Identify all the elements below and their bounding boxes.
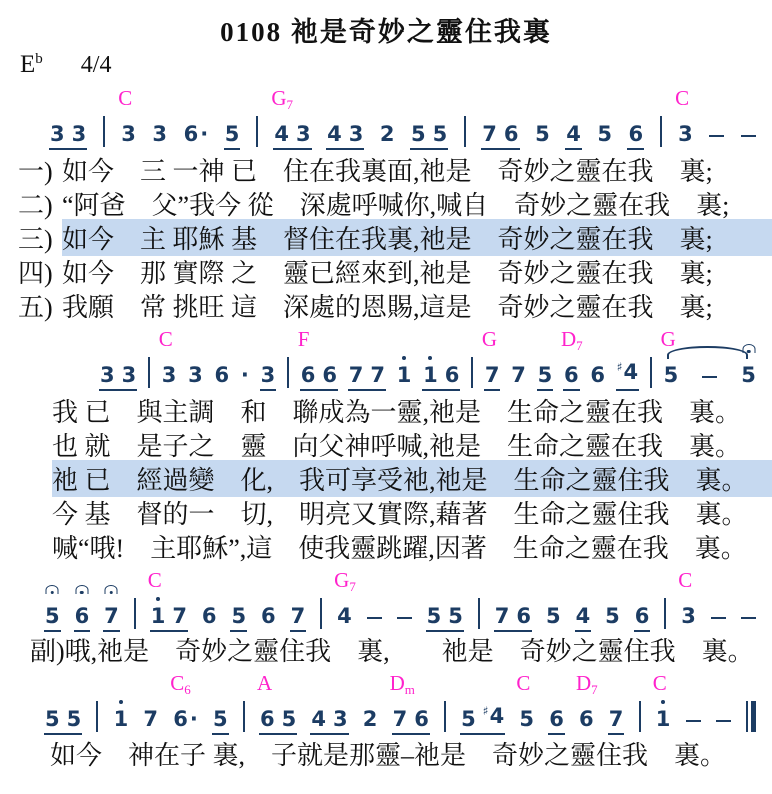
note-unit: 6 <box>75 601 90 629</box>
barline <box>444 701 446 732</box>
note-unit: 3C <box>678 119 693 147</box>
hymn-sheet: 0108 祂是奇妙之靈住我裏 Eb4/4 333C36·543G74325576… <box>0 0 772 794</box>
octave-dot <box>402 356 406 360</box>
note-digit: 6· <box>173 706 198 732</box>
sharp-icon: ♯ <box>483 704 489 718</box>
note-unit: 4 <box>566 119 581 147</box>
chord-label: G7 <box>334 568 356 595</box>
key-note: E <box>20 51 35 78</box>
note-unit: 5 <box>546 601 561 629</box>
note-unit: 6 <box>549 704 564 732</box>
note-unit: 3C <box>162 360 177 388</box>
note-unit: 1C <box>656 704 671 732</box>
chord-label: C <box>678 568 692 593</box>
note-digit: 6 <box>261 603 276 629</box>
note-digit: 2 <box>380 121 395 147</box>
verse-text: 今 基 督的一 切, 明亮又實際,藉著 生命之靈住我 裏。 <box>52 494 772 531</box>
note-digit: 6 <box>301 362 316 388</box>
chord-label: C <box>675 86 689 111</box>
note-unit: 16 <box>423 360 459 388</box>
verse-text-highlighted: 祂 已 經過變 化, 我可享受祂,祂是 生命之靈住我 裏。 <box>52 460 772 497</box>
time-signature: 4/4 <box>81 52 112 78</box>
note-digit: 7 <box>291 603 306 629</box>
verse-row-2: 二) “阿爸 父”我今 從 深處呼喊你,喊自 奇妙之靈在我 裏; <box>0 186 772 220</box>
note-digit: 6 <box>322 362 337 388</box>
note-unit: 7 <box>511 360 526 388</box>
verse-text-highlighted: 如今 主 耶穌 基 督住在我裏,祂是 奇妙之靈在我 裏; <box>62 219 772 256</box>
note-digit: ♯4 <box>483 703 504 732</box>
note-unit: 5 <box>535 119 550 147</box>
notation-line-4: 55176·C6565A43276Dm5♯45C66D771C <box>45 666 756 732</box>
verse-text: “阿爸 父”我今 從 深處呼喊你,喊自 奇妙之靈在我 裏; <box>62 185 772 222</box>
tie-group: 55G <box>664 360 756 388</box>
dash-note <box>686 704 701 732</box>
note-digit: ♯4 <box>617 359 638 388</box>
fermata-icon <box>105 585 118 594</box>
note-unit: 5 <box>231 601 246 629</box>
note-digit: 6 <box>504 121 519 147</box>
note-digit: 5 <box>45 603 60 629</box>
note-unit: 5 <box>45 601 60 629</box>
verse-text: 我 已 與主調 和 聯成為一靈,祂是 生命之靈在我 裏。 <box>52 392 772 429</box>
note-digit: 6 <box>445 362 460 388</box>
barline <box>660 116 662 147</box>
chord-label: D7 <box>561 327 583 354</box>
note-unit: 7G <box>485 360 500 388</box>
note-digit: 6 <box>260 706 275 732</box>
note-digit: 7 <box>370 362 385 388</box>
note-digit: 7 <box>349 362 364 388</box>
note-digit: 5 <box>535 121 550 147</box>
key-row: Eb4/4 <box>0 51 772 81</box>
note-digit: 7 <box>143 706 158 732</box>
chord-label: G <box>482 327 497 352</box>
verse-label: 二) <box>18 185 62 222</box>
note-unit: 5 <box>538 360 553 388</box>
note-digit: 6 <box>202 603 217 629</box>
note-digit: 4 <box>274 121 289 147</box>
page-title: 0108 祂是奇妙之靈住我裏 <box>0 0 772 49</box>
verse2-row-4: 今 基 督的一 切, 明亮又實際,藉著 生命之靈住我 裏。 <box>0 495 772 529</box>
dash-note <box>397 601 412 629</box>
flat-accidental: b <box>35 51 43 67</box>
note-unit: 5 <box>597 119 612 147</box>
note-digit: 3 <box>72 121 87 147</box>
note-unit: 17C <box>151 601 187 629</box>
note-digit: 3 <box>296 121 311 147</box>
note-digit: 5 <box>741 362 756 388</box>
note-unit: 3C <box>681 601 696 629</box>
note-unit: 5 <box>213 704 228 732</box>
note-digit: 3 <box>188 362 203 388</box>
note-unit: ♯4 <box>617 360 638 388</box>
chord-label: D7 <box>576 671 598 698</box>
note-digit: 5 <box>45 706 60 732</box>
verse-text: 如今 三 一神 已 住在我裏面,祂是 奇妙之靈在我 裏; <box>62 151 772 188</box>
verse-row-5: 五) 我願 常 挑旺 這 深處的恩賜,這是 奇妙之靈在我 裏; <box>0 288 772 322</box>
chord-label: C6 <box>170 671 191 698</box>
note-digit: 4 <box>311 706 326 732</box>
note-unit: 76Dm <box>393 704 429 732</box>
notation-line-3: 56717C65674G7557654563C <box>45 563 756 629</box>
note-digit: 4 <box>327 121 342 147</box>
note-unit: 5 <box>225 119 240 147</box>
verse-text: 喊“哦! 主耶穌”,這 使我靈跳躍,因著 生命之靈在我 裏。 <box>52 528 772 565</box>
note-unit: 6· <box>184 119 209 147</box>
chord-subscript: 7 <box>591 682 598 697</box>
note-unit: 55 <box>45 704 81 732</box>
note-digit: 3 <box>152 121 167 147</box>
chord-subscript: 7 <box>576 338 583 353</box>
note-digit: 7 <box>172 603 187 629</box>
note-digit: 6 <box>215 362 230 388</box>
note-digit: 3 <box>261 362 276 388</box>
chord-label: Dm <box>390 671 415 698</box>
chord-label: C <box>653 671 667 696</box>
note-digit: 6 <box>75 603 90 629</box>
barline <box>478 598 480 629</box>
note-digit: 6 <box>414 706 429 732</box>
note-unit: 4G7 <box>337 601 352 629</box>
verse-label: 五) <box>18 287 62 324</box>
chord-label: C <box>118 86 132 111</box>
note-digit: 5 <box>448 603 463 629</box>
note-digit: 5 <box>433 121 448 147</box>
verse2-row-5: 喊“哦! 主耶穌”,這 使我靈跳躍,因著 生命之靈在我 裏。 <box>0 529 772 563</box>
barline <box>134 598 136 629</box>
barline <box>639 701 641 732</box>
note-unit: 5 <box>605 601 620 629</box>
note-digit: 1 <box>397 362 412 388</box>
verse2-row-3: 祂 已 經過變 化, 我可享受祂,祂是 生命之靈住我 裏。 <box>0 461 772 495</box>
note-digit: 5 <box>519 706 534 732</box>
note-digit: 6 <box>564 362 579 388</box>
note-digit: 5 <box>231 603 246 629</box>
note-unit: 76 <box>482 119 518 147</box>
note-digit: 5 <box>213 706 228 732</box>
note-unit: 2 <box>380 119 395 147</box>
note-unit: 5 <box>664 360 679 388</box>
note-unit: 3 <box>152 119 167 147</box>
note-digit: 5 <box>664 362 679 388</box>
note-unit: 6·C6 <box>173 704 198 732</box>
note-digit: 6 <box>516 603 531 629</box>
note-unit: 1 <box>397 360 412 388</box>
note-digit: 6 <box>579 706 594 732</box>
note-digit: 3 <box>349 121 364 147</box>
note-digit: 6 <box>549 706 564 732</box>
note-digit: 3 <box>100 362 115 388</box>
note-unit: 33 <box>100 360 136 388</box>
note-unit: 6 <box>635 601 650 629</box>
note-digit: 7 <box>482 121 497 147</box>
chorus-row: 副) 哦,祂是 奇妙之靈住我 裏, 祂是 奇妙之靈住我 裏。 <box>0 632 772 666</box>
note-digit: · <box>241 362 249 388</box>
chord-label: C <box>159 327 173 352</box>
octave-dot <box>428 356 432 360</box>
note-unit: 6 <box>261 601 276 629</box>
barline <box>103 116 105 147</box>
note-unit: 43 <box>311 704 347 732</box>
barline <box>148 357 150 388</box>
note-digit: 4 <box>337 603 352 629</box>
note-digit: 1 <box>114 706 129 732</box>
note-unit: 77 <box>349 360 385 388</box>
dash-note <box>741 119 756 147</box>
chorus-text: 哦,祂是 奇妙之靈住我 裏, 祂是 奇妙之靈住我 裏。 <box>65 631 772 668</box>
verse-group-2: 我 已 與主調 和 聯成為一靈,祂是 生命之靈在我 裏。 也 就 是子之 靈 向… <box>0 393 772 563</box>
note-unit: 3 <box>188 360 203 388</box>
note-unit: 7 <box>291 601 306 629</box>
note-digit: 2 <box>363 706 378 732</box>
note-unit: 55 <box>411 119 447 147</box>
note-unit: 43G7 <box>274 119 310 147</box>
note-unit: 6 <box>215 360 230 388</box>
note-digit: 7 <box>511 362 526 388</box>
note-digit: 3 <box>50 121 65 147</box>
chord-label: C <box>148 568 162 593</box>
note-digit: 7 <box>495 603 510 629</box>
barline <box>471 357 473 388</box>
dash-note <box>709 119 724 147</box>
note-unit: 2 <box>363 704 378 732</box>
dash-note <box>711 601 726 629</box>
verse-label: 一) <box>18 151 62 188</box>
note-unit: 66F <box>301 360 337 388</box>
note-unit: 5C <box>519 704 534 732</box>
verse-row-3: 三) 如今 主 耶穌 基 督住在我裏,祂是 奇妙之靈在我 裏; <box>0 220 772 254</box>
chord-label: C <box>516 671 530 696</box>
barline <box>650 357 652 388</box>
verse-label: 三) <box>18 219 62 256</box>
note-unit: 6D7 <box>579 704 594 732</box>
note-unit: 6 <box>590 360 605 388</box>
note-digit: 6 <box>628 121 643 147</box>
note-digit: 7 <box>609 706 624 732</box>
final-text: 如今 神在子 裏, 子就是那靈–祂是 奇妙之靈住我 裏。 <box>50 735 772 772</box>
note-digit: 6 <box>590 362 605 388</box>
note-digit: 4 <box>566 121 581 147</box>
note-unit: 76 <box>495 601 531 629</box>
verse-text: 我願 常 挑旺 這 深處的恩賜,這是 奇妙之靈在我 裏; <box>62 287 772 324</box>
note-unit: 5 <box>741 360 756 388</box>
note-digit: 5 <box>597 121 612 147</box>
note-unit: · <box>241 360 249 388</box>
sharp-icon: ♯ <box>617 360 623 374</box>
chorus-label: 副) <box>30 631 65 668</box>
barline <box>664 598 666 629</box>
verse2-row-1: 我 已 與主調 和 聯成為一靈,祂是 生命之靈在我 裏。 <box>0 393 772 427</box>
note-digit: 3 <box>162 362 177 388</box>
note-digit: 3 <box>122 362 137 388</box>
note-unit: 1 <box>114 704 129 732</box>
verse-row-1: 一) 如今 三 一神 已 住在我裏面,祂是 奇妙之靈在我 裏; <box>0 152 772 186</box>
fermata-icon <box>46 585 59 594</box>
note-unit: 7 <box>143 704 158 732</box>
note-digit: 3 <box>333 706 348 732</box>
note-digit: 1 <box>656 706 671 732</box>
chord-subscript: 7 <box>287 97 294 112</box>
note-unit: 5♯4 <box>461 704 504 732</box>
note-unit: 65A <box>260 704 296 732</box>
dash-note <box>702 360 717 388</box>
note-digit: 6 <box>635 603 650 629</box>
chord-subscript: 7 <box>349 579 356 594</box>
final-row: 如今 神在子 裏, 子就是那靈–祂是 奇妙之靈住我 裏。 <box>0 736 772 770</box>
verse-group-1: 一) 如今 三 一神 已 住在我裏面,祂是 奇妙之靈在我 裏; 二) “阿爸 父… <box>0 152 772 322</box>
note-digit: 7 <box>104 603 119 629</box>
verse-text: 如今 那 實際 之 靈已經來到,祂是 奇妙之靈在我 裏; <box>62 253 772 290</box>
dash-note <box>716 704 731 732</box>
barline <box>96 701 98 732</box>
notation-line-1: 333C36·543G7432557654563C <box>50 81 756 147</box>
note-digit: 5 <box>538 362 553 388</box>
verse2-row-2: 也 就 是子之 靈 向父神呼喊,祂是 生命之靈在我 裏。 <box>0 427 772 461</box>
note-digit: 5 <box>411 121 426 147</box>
note-unit: 3 <box>261 360 276 388</box>
note-unit: 4 <box>576 601 591 629</box>
note-digit: 3 <box>678 121 693 147</box>
note-digit: 5 <box>546 603 561 629</box>
note-digit: 6· <box>184 121 209 147</box>
notation-line-2: 333C36·366F771167G756D76♯455G <box>100 322 756 388</box>
note-digit: 5 <box>461 706 476 732</box>
note-digit: 5 <box>427 603 442 629</box>
note-unit: 6 <box>628 119 643 147</box>
note-digit: 4 <box>576 603 591 629</box>
verse-label: 四) <box>18 253 62 290</box>
duration-dot: · <box>200 122 208 146</box>
note-unit: 7 <box>104 601 119 629</box>
barline <box>243 701 245 732</box>
note-unit: 43 <box>327 119 363 147</box>
note-digit: 5 <box>67 706 82 732</box>
chord-subscript: 6 <box>184 682 191 697</box>
note-unit: 3C <box>121 119 136 147</box>
note-digit: 3 <box>121 121 136 147</box>
chord-label: G <box>661 327 676 352</box>
note-unit: 6 <box>202 601 217 629</box>
duration-dot: · <box>190 707 198 731</box>
octave-dot <box>119 700 123 704</box>
note-unit: 7 <box>609 704 624 732</box>
verse-text: 也 就 是子之 靈 向父神呼喊,祂是 生命之靈在我 裏。 <box>52 426 772 463</box>
chord-label: F <box>298 327 310 352</box>
note-unit: 6D7 <box>564 360 579 388</box>
barline <box>320 598 322 629</box>
note-digit: 3 <box>681 603 696 629</box>
fermata-icon <box>742 344 755 353</box>
fermata-icon <box>75 585 88 594</box>
note-digit: 5 <box>605 603 620 629</box>
verse-row-4: 四) 如今 那 實際 之 靈已經來到,祂是 奇妙之靈在我 裏; <box>0 254 772 288</box>
barline <box>464 116 466 147</box>
dash-note <box>367 601 382 629</box>
octave-dot <box>661 700 665 704</box>
note-digit: 5 <box>282 706 297 732</box>
barline <box>287 357 289 388</box>
note-digit: 1 <box>423 362 438 388</box>
note-digit: 7 <box>393 706 408 732</box>
note-digit: 1 <box>151 603 166 629</box>
dash-note <box>741 601 756 629</box>
note-digit: 5 <box>225 121 240 147</box>
note-digit: 7 <box>485 362 500 388</box>
final-barline <box>746 701 756 732</box>
note-unit: 33 <box>50 119 86 147</box>
chord-subscript: m <box>405 682 415 697</box>
note-unit: 55 <box>427 601 463 629</box>
chord-label: A <box>257 671 272 696</box>
barline <box>256 116 258 147</box>
octave-dot <box>156 597 160 601</box>
chord-label: G7 <box>271 86 293 113</box>
key-signature: Eb <box>20 51 43 78</box>
